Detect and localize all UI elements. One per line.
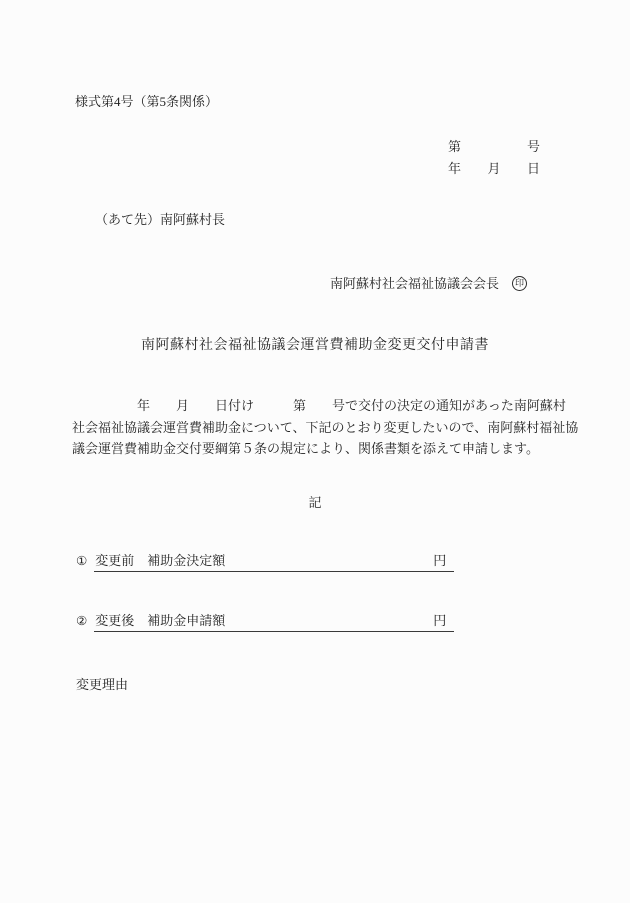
body-line-1: 年 月 日付け 第 号で交付の決定の通知があった南阿蘇村 [72,395,572,417]
item-number-1: ① [76,552,87,569]
date-line: 年 月 日 [448,158,540,180]
sender-name: 南阿蘇村社会福祉協議会会長 [330,275,499,292]
item-unit-1: 円 [433,552,446,569]
doc-number-prefix: 第 [448,136,461,158]
addressee: （あて先）南阿蘇村長 [95,212,225,228]
application-form-page: 様式第4号（第5条関係） 第 号 年 月 日 （あて先）南阿蘇村長 南阿蘇村社会… [0,0,630,903]
amount-blank-after: 変更後 補助金申請額 円 [94,612,454,632]
sender-line: 南阿蘇村社会福祉協議会会長 印 [330,275,527,292]
body-line-3: 議会運営費補助金交付要綱第５条の規定により、関係書類を添えて申請します。 [72,438,572,460]
change-reason-label: 変更理由 [76,676,128,693]
item-number-2: ② [76,612,87,629]
seal-char: 印 [515,279,524,288]
date-month-label: 月 [487,158,500,180]
item-label-1: 変更前 補助金決定額 [95,552,225,569]
item-label-2: 変更後 補助金申請額 [95,612,225,629]
item-unit-2: 円 [433,612,446,629]
section-marker: 記 [0,494,630,511]
body-line-2: 社会福祉協議会運営費補助金について、下記のとおり変更したいので、南阿蘇村福祉協 [72,417,572,439]
date-day-label: 日 [527,158,540,180]
form-number: 様式第4号（第5条関係） [75,94,218,110]
doc-header-block: 第 号 年 月 日 [448,136,540,180]
seal-icon: 印 [512,276,527,291]
body-paragraph: 年 月 日付け 第 号で交付の決定の通知があった南阿蘇村 社会福祉協議会運営費補… [72,395,572,460]
doc-number-suffix: 号 [527,136,540,158]
document-title: 南阿蘇村社会福祉協議会運営費補助金変更交付申請書 [0,337,630,354]
doc-number-line: 第 号 [448,136,540,158]
item-row-after-change: ② 変更後 補助金申請額 円 [76,612,454,632]
amount-blank-before: 変更前 補助金決定額 円 [94,552,454,572]
date-year-label: 年 [448,158,461,180]
item-row-before-change: ① 変更前 補助金決定額 円 [76,552,454,572]
